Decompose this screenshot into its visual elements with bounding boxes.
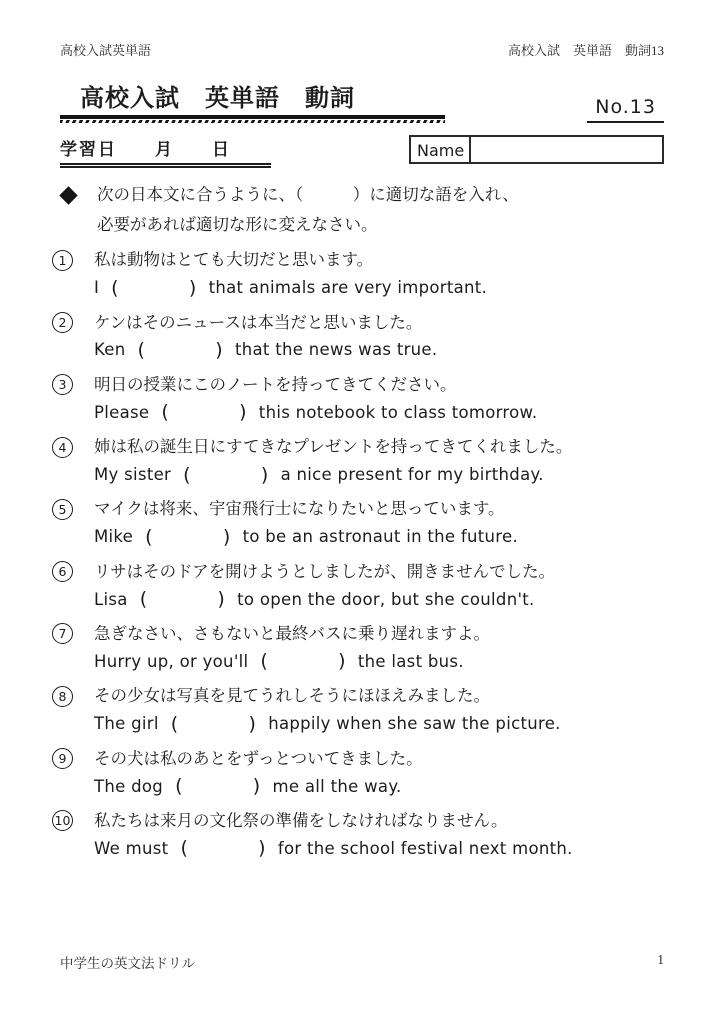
- answer-blank: (): [180, 837, 265, 860]
- question-japanese-text: その犬は私のあとをずっとついてきました。: [94, 749, 423, 769]
- question-number: 4: [52, 437, 73, 458]
- paren-close: ): [239, 401, 247, 424]
- answer-blank: (): [140, 588, 225, 611]
- question-japanese-text: 私は動物はとても大切だと思います。: [94, 250, 373, 270]
- answer-blank: (): [111, 277, 196, 300]
- question-number: 6: [52, 561, 73, 582]
- question-number: 3: [52, 374, 73, 395]
- answer-blank: (): [138, 339, 223, 362]
- question-english-prefix: I: [94, 278, 99, 298]
- question-english-prefix: Lisa: [94, 590, 128, 610]
- question-english-suffix: a nice present for my birthday.: [281, 465, 544, 485]
- paren-open: (: [161, 401, 169, 424]
- paren-open: (: [180, 837, 188, 860]
- question-japanese-text: 姉は私の誕生日にすてきなプレゼントを持ってきてくれました。: [94, 437, 572, 457]
- name-field: [471, 137, 662, 162]
- question-english-prefix: The girl: [94, 714, 159, 734]
- paren-close: ): [253, 775, 261, 798]
- page-title: 高校入試 英単語 動詞: [60, 85, 445, 111]
- question-block: 9 その犬は私のあとをずっとついてきました。 The dog () me all…: [60, 748, 664, 798]
- worksheet-page: 高校入試英単語 高校入試 英単語 動詞13 高校入試 英単語 動詞 No.13 …: [0, 0, 724, 1024]
- paren-close: ): [261, 464, 269, 487]
- diamond-bullet-icon: [59, 187, 77, 205]
- paren-open: (: [171, 713, 179, 736]
- question-english-suffix: happily when she saw the picture.: [268, 714, 561, 734]
- question-block: 1 私は動物はとても大切だと思います。 I () that animals ar…: [60, 250, 664, 300]
- paren-open: (: [111, 277, 119, 300]
- sheet-number: No.13: [587, 96, 664, 123]
- question-english-prefix: Ken: [94, 340, 126, 360]
- answer-blank: (): [145, 526, 230, 549]
- footer-page-number: 1: [657, 952, 664, 972]
- question-english-suffix: this notebook to class tomorrow.: [259, 403, 538, 423]
- question-block: 5 マイクは将来、宇宙飛行士になりたいと思っています。 Mike () to b…: [60, 499, 664, 549]
- question-english-suffix: to be an astronaut in the future.: [243, 527, 518, 547]
- footer-series-title: 中学生の英文法ドリル: [60, 952, 195, 972]
- question-japanese-text: ケンはそのニュースは本当だと思いました。: [94, 313, 422, 333]
- question-english-prefix: The dog: [94, 777, 163, 797]
- paren-open: (: [183, 464, 191, 487]
- question-number: 5: [52, 499, 73, 520]
- question-english-prefix: Hurry up, or you'll: [94, 652, 248, 672]
- answer-blank: (): [161, 401, 246, 424]
- question-japanese-text: 明日の授業にこのノートを持ってきてください。: [94, 375, 457, 395]
- paren-close: ): [258, 837, 266, 860]
- paren-open: (: [145, 526, 153, 549]
- question-block: 8 その少女は写真を見てうれしそうにほほえみました。 The girl () h…: [60, 686, 664, 736]
- answer-blank: (): [260, 650, 345, 673]
- paren-open: (: [138, 339, 146, 362]
- question-english-prefix: Please: [94, 403, 149, 423]
- question-number: 2: [52, 312, 73, 333]
- question-english-suffix: me all the way.: [273, 777, 402, 797]
- running-header-left: 高校入試英単語: [60, 40, 151, 59]
- instruction: 次の日本文に合うように、（ ）に適切な語を入れ、 必要があれば適切な形に変えなさ…: [60, 185, 664, 235]
- paren-close: ): [215, 339, 223, 362]
- question-block: 3 明日の授業にこのノートを持ってきてください。 Please () this …: [60, 374, 664, 424]
- question-english-suffix: the last bus.: [358, 652, 464, 672]
- question-number: 1: [52, 250, 73, 271]
- question-english-suffix: for the school festival next month.: [278, 839, 573, 859]
- question-block: 10 私たちは来月の文化祭の準備をしなければなりません。 We must () …: [60, 810, 664, 860]
- study-date-label: 学習日 月 日: [60, 135, 271, 168]
- question-block: 6 リサはそのドアを開けようとしましたが、開きませんでした。 Lisa () t…: [60, 561, 664, 611]
- footer: 中学生の英文法ドリル 1: [60, 952, 664, 972]
- instruction-line1: 次の日本文に合うように、（ ）に適切な語を入れ、: [97, 185, 519, 206]
- paren-open: (: [175, 775, 183, 798]
- question-number: 7: [52, 623, 73, 644]
- question-japanese-text: その少女は写真を見てうれしそうにほほえみました。: [94, 686, 490, 706]
- title-row: 高校入試 英単語 動詞 No.13: [60, 85, 664, 123]
- question-block: 7 急ぎなさい、さもないと最終バスに乗り遅れますよ。 Hurry up, or …: [60, 623, 664, 673]
- question-japanese-text: 私たちは来月の文化祭の準備をしなければなりません。: [94, 811, 508, 831]
- running-header: 高校入試英単語 高校入試 英単語 動詞13: [60, 40, 664, 59]
- paren-close: ): [189, 277, 197, 300]
- paren-close: ): [223, 526, 231, 549]
- title-underline: [60, 115, 445, 123]
- answer-blank: (): [175, 775, 260, 798]
- question-block: 2 ケンはそのニュースは本当だと思いました。 Ken () that the n…: [60, 312, 664, 362]
- running-header-right: 高校入試 英単語 動詞13: [508, 40, 664, 59]
- name-label: Name: [411, 137, 471, 162]
- meta-row: 学習日 月 日 Name: [60, 135, 664, 168]
- paren-close: ): [338, 650, 346, 673]
- question-english-prefix: My sister: [94, 465, 171, 485]
- question-english-prefix: We must: [94, 839, 168, 859]
- paren-close: ): [248, 713, 256, 736]
- question-number: 8: [52, 686, 73, 707]
- question-japanese-text: マイクは将来、宇宙飛行士になりたいと思っています。: [94, 499, 505, 519]
- question-english-suffix: that the news was true.: [235, 340, 437, 360]
- title-wrap: 高校入試 英単語 動詞: [60, 85, 445, 123]
- answer-blank: (): [171, 713, 256, 736]
- question-english-prefix: Mike: [94, 527, 133, 547]
- paren-open: (: [260, 650, 268, 673]
- question-number: 10: [52, 810, 73, 831]
- answer-blank: (): [183, 464, 268, 487]
- question-english-suffix: that animals are very important.: [209, 278, 488, 298]
- question-block: 4 姉は私の誕生日にすてきなプレゼントを持ってきてくれました。 My siste…: [60, 437, 664, 487]
- paren-close: ): [217, 588, 225, 611]
- questions: 1 私は動物はとても大切だと思います。 I () that animals ar…: [60, 250, 664, 860]
- question-english-suffix: to open the door, but she couldn't.: [237, 590, 534, 610]
- name-box: Name: [409, 135, 664, 164]
- instruction-line2: 必要があれば適切な形に変えなさい。: [60, 215, 664, 236]
- question-japanese-text: リサはそのドアを開けようとしましたが、開きませんでした。: [94, 562, 555, 582]
- question-number: 9: [52, 748, 73, 769]
- paren-open: (: [140, 588, 148, 611]
- question-japanese-text: 急ぎなさい、さもないと最終バスに乗り遅れますよ。: [94, 624, 490, 644]
